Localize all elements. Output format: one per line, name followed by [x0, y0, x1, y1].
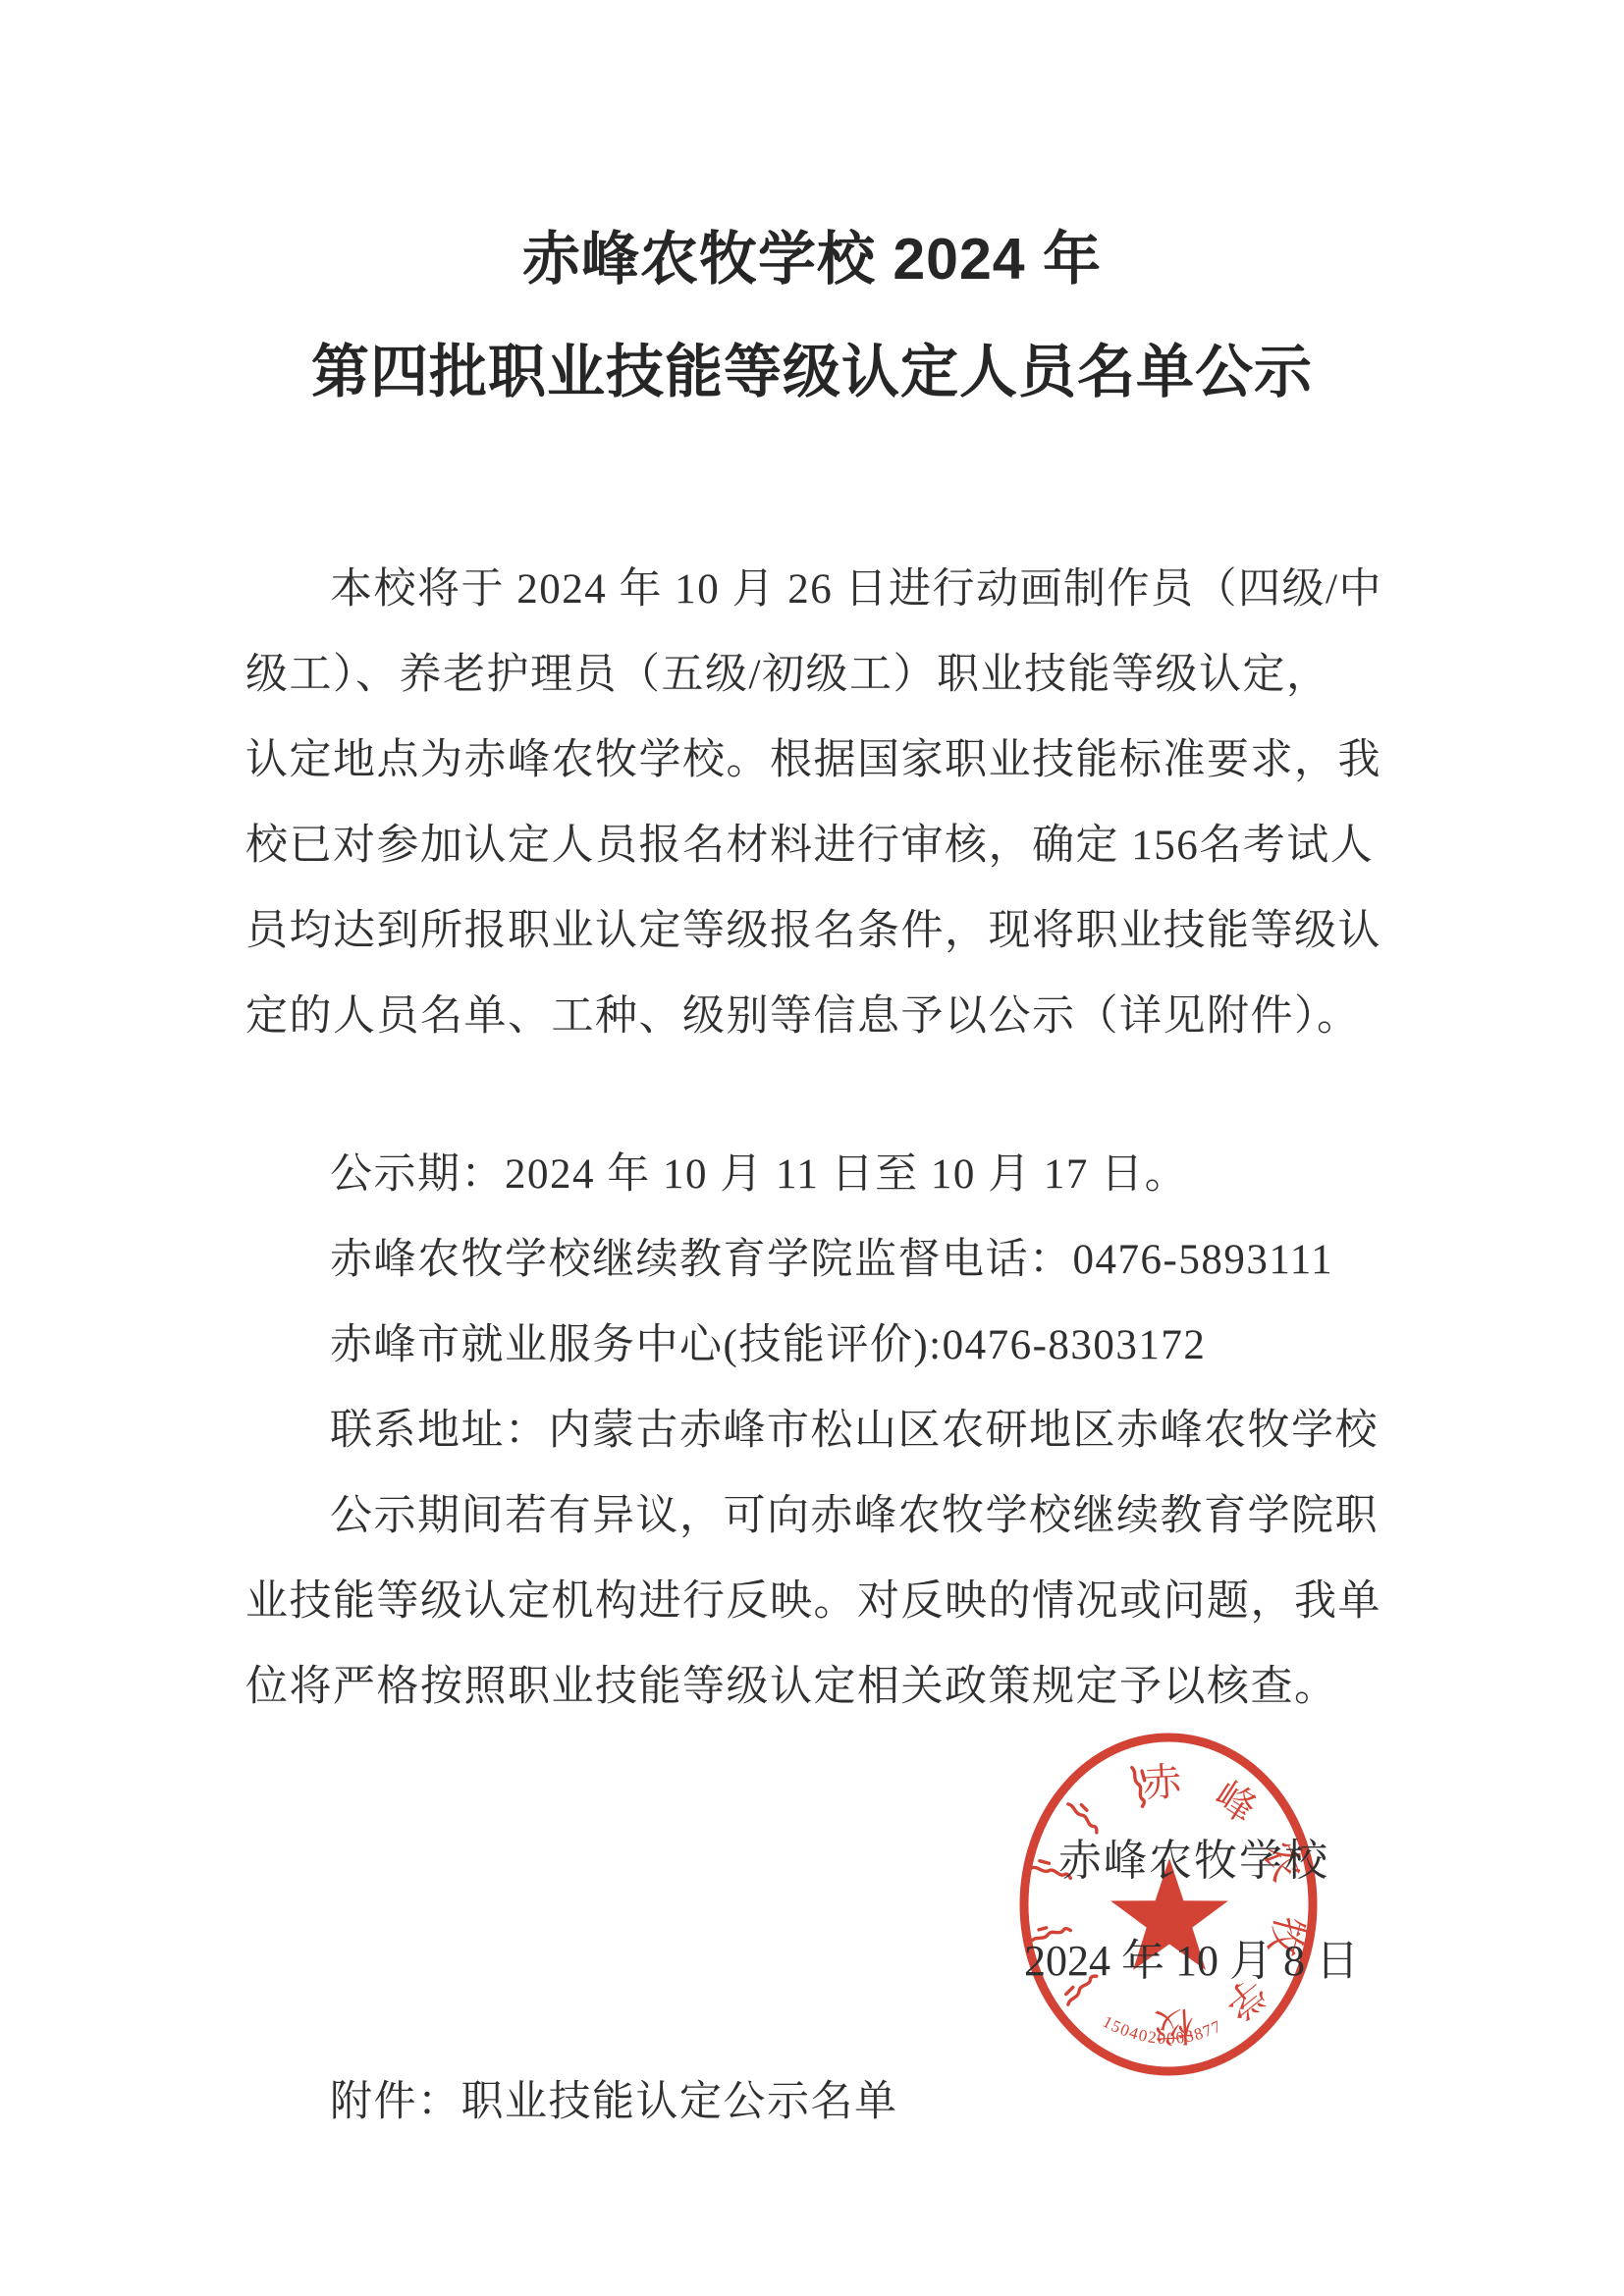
paragraph-line: 本校将于 2024 年 10 月 26 日进行动画制作员（四级/中	[245, 547, 1394, 632]
paragraph-line: 员均达到所报职业认定等级报名条件，现将职业技能等级认	[245, 888, 1394, 974]
supervision-phone-line: 赤峰农牧学校继续教育学院监督电话：0476-5893111	[245, 1217, 1394, 1303]
paragraph-line: 业技能等级认定机构进行反映。对反映的情况或问题，我单	[245, 1559, 1394, 1644]
paragraph-line: 公示期间若有异议，可向赤峰农牧学校继续教育学院职	[245, 1473, 1394, 1559]
seal-arc-char: 峰	[1207, 1773, 1264, 1832]
paragraph-line: 校已对参加认定人员报名材料进行审核，确定 156名考试人	[245, 803, 1394, 888]
evaluation-phone-line: 赤峰市就业服务中心(技能评价):0476-8303172	[245, 1303, 1394, 1388]
document-title-line-1: 赤峰农牧学校 2024 年	[0, 227, 1624, 294]
seal-arc-char: 赤	[1141, 1759, 1183, 1805]
publicity-period-line: 公示期：2024 年 10 月 11 日至 10 月 17 日。	[245, 1132, 1394, 1217]
mongolian-script-mark	[1068, 1797, 1103, 1832]
paragraph-line: 认定地点为赤峰农牧学校。根据国家职业技能标准要求，我	[245, 718, 1394, 803]
official-seal: 赤 峰 农 牧 学 校 1504020003877	[1011, 1726, 1326, 2091]
document-title-line-2: 第四批职业技能等级认定人员名单公示	[0, 340, 1624, 406]
signature-organization: 赤峰农牧学校	[1058, 1836, 1329, 1888]
paragraph-line: 位将严格按照职业技能等级认定相关政策规定予以核查。	[245, 1644, 1394, 1730]
signature-date: 2024 年 10 月 8 日	[1024, 1936, 1359, 1988]
announcement-document-page: 赤峰农牧学校 2024 年 第四批职业技能等级认定人员名单公示 本校将于 202…	[0, 0, 1624, 2296]
notice-section: 公示期：2024 年 10 月 11 日至 10 月 17 日。 赤峰农牧学校继…	[245, 1132, 1394, 1730]
contact-address-line: 联系地址：内蒙古赤峰市松山区农研地区赤峰农牧学校	[245, 1388, 1394, 1473]
paragraph-line: 定的人员名单、工种、级别等信息予以公示（详见附件）。	[245, 974, 1394, 1059]
main-paragraph: 本校将于 2024 年 10 月 26 日进行动画制作员（四级/中 级工）、养老…	[245, 547, 1394, 1059]
paragraph-line: 级工）、养老护理员（五级/初级工）职业技能等级认定，	[245, 632, 1394, 718]
